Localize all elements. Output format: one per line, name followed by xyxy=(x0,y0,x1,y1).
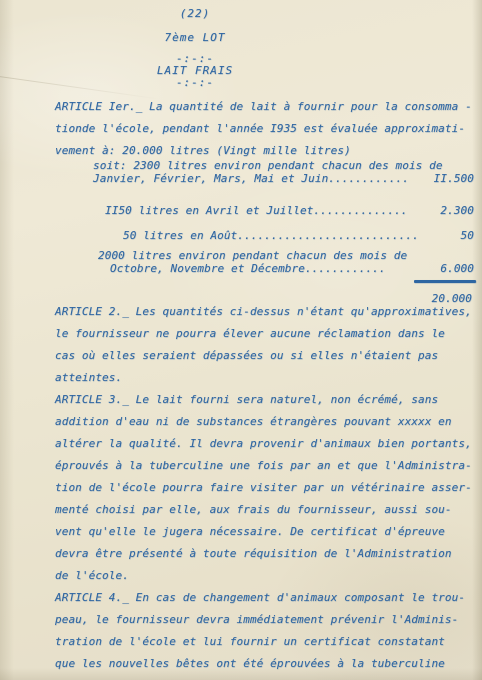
quantity-label: 2000 litres environ pendant chacun des m… xyxy=(63,249,478,262)
article-3-line: de l'école. xyxy=(55,565,471,587)
article-3-line: éprouvés à la tuberculine une fois par a… xyxy=(55,455,471,477)
page-number: (22) xyxy=(135,8,255,20)
article-2-line: cas où elles seraient dépassées ou si el… xyxy=(55,345,471,367)
article-4-paragraph: ARTICLE 4._ En cas de changement d'anima… xyxy=(55,587,471,675)
quantity-value: 50 xyxy=(461,229,474,242)
quantity-row-jan-jun: soit: 2300 litres environ pendant chacun… xyxy=(63,159,478,185)
article-3-line: vent qu'elle le jugera nécessaire. De ce… xyxy=(55,521,471,543)
quantity-label: soit: 2300 litres environ pendant chacun… xyxy=(63,159,478,172)
quantity-label: Janvier, Février, Mars, Mai et Juin.....… xyxy=(63,172,478,185)
article-3-line: devra être présenté à toute réquisition … xyxy=(55,543,471,565)
article-2-line: atteintes. xyxy=(55,367,471,389)
milk-quantities-table: soit: 2300 litres environ pendant chacun… xyxy=(63,159,478,305)
quantity-value: 6.000 xyxy=(440,262,474,275)
document-page: (22) 7ème LOT -:-:- LAIT FRAIS -:-:- ART… xyxy=(0,0,482,680)
quantity-row-aout: 50 litres en Août.......................… xyxy=(63,229,478,242)
article-3-line: addition d'eau ni de substances étrangèr… xyxy=(55,411,471,433)
quantity-label: Octobre, Novembre et Décembre...........… xyxy=(63,262,478,275)
article-3-paragraph: ARTICLE 3._ Le lait fourni sera naturel,… xyxy=(55,389,471,587)
article-3-line: ARTICLE 3._ Le lait fourni sera naturel,… xyxy=(55,389,471,411)
article-1-line: ARTICLE Ier._ La quantité de lait à four… xyxy=(55,96,471,118)
article-1-line: tionde l'école, pendant l'année I935 est… xyxy=(55,118,471,140)
article-2-line: le fournisseur ne pourra élever aucune r… xyxy=(55,323,471,345)
article-2-paragraph: ARTICLE 2._ Les quantités ci-dessus n'ét… xyxy=(55,301,471,389)
total-rule xyxy=(414,280,476,283)
lot-title: 7ème LOT xyxy=(135,32,255,44)
quantity-value: II.500 xyxy=(434,172,474,185)
article-3-line: altérer la qualité. Il devra provenir d'… xyxy=(55,433,471,455)
article-1-paragraph: ARTICLE Ier._ La quantité de lait à four… xyxy=(55,96,471,162)
quantity-value: 2.300 xyxy=(440,204,474,217)
quantity-label: 50 litres en Août.......................… xyxy=(63,229,478,242)
article-4-line: peau, le fournisseur devra immédiatement… xyxy=(55,609,471,631)
quantity-label: II50 litres en Avril et Juillet.........… xyxy=(63,204,478,217)
article-4-line: que les nouvelles bêtes ont été éprouvée… xyxy=(55,653,471,675)
separator-bottom: -:-:- xyxy=(135,77,255,89)
article-3-line: menté choisi par elle, aux frais du four… xyxy=(55,499,471,521)
article-2-line: ARTICLE 2._ Les quantités ci-dessus n'ét… xyxy=(55,301,471,323)
articles-body: ARTICLE 2._ Les quantités ci-dessus n'ét… xyxy=(55,301,471,675)
quantity-row-oct-dec: 2000 litres environ pendant chacun des m… xyxy=(63,249,478,275)
article-3-line: tion de l'école pourra faire visiter par… xyxy=(55,477,471,499)
quantity-row-avril-juillet: II50 litres en Avril et Juillet.........… xyxy=(63,204,478,217)
article-4-line: tration de l'école et lui fournir un cer… xyxy=(55,631,471,653)
article-4-line: ARTICLE 4._ En cas de changement d'anima… xyxy=(55,587,471,609)
document-header: (22) 7ème LOT -:-:- LAIT FRAIS -:-:- xyxy=(135,8,255,89)
